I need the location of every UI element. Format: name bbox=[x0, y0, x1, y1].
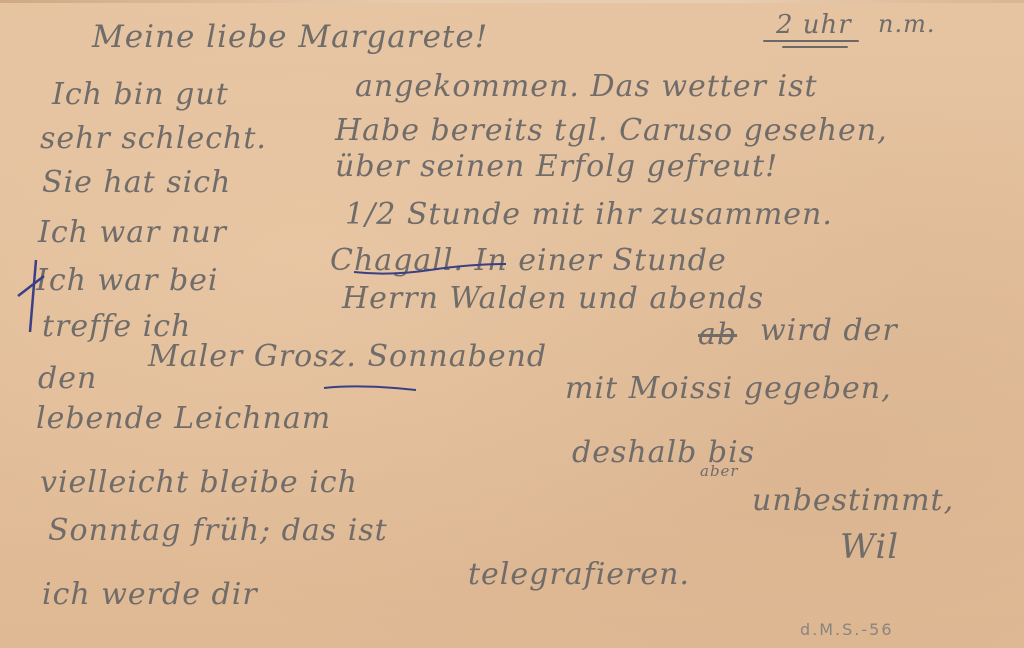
archive-mark: d.M.S.-56 bbox=[800, 620, 894, 639]
line-2-right: Habe bereits tgl. Caruso gesehen, bbox=[335, 116, 888, 146]
time-suffix: n.m. bbox=[878, 12, 935, 36]
line-5-left: Ich war bei bbox=[36, 266, 219, 296]
signature: Wil bbox=[840, 530, 899, 564]
line-9-left: vielleicht bleibe ich bbox=[40, 468, 358, 498]
line-1-right: angekommen. Das wetter ist bbox=[355, 72, 818, 102]
struck-word: ab bbox=[698, 320, 737, 350]
line-8-left: lebende Leichnam bbox=[36, 404, 331, 434]
line-3-right: über seinen Erfolg gefreut! bbox=[335, 152, 778, 182]
line-4-right: 1/2 Stunde mit ihr zusammen. bbox=[345, 200, 833, 230]
time-note: 2 uhr bbox=[776, 12, 852, 38]
line-1-left: Ich bin gut bbox=[52, 80, 229, 110]
grosz-underline-mark bbox=[320, 380, 420, 396]
line-6-left: treffe ich bbox=[42, 312, 191, 342]
inserted-word: aber bbox=[700, 464, 739, 479]
line-7-tail: wird der bbox=[760, 316, 898, 346]
postcard: 2 uhr n.m. Meine liebe Margarete! Ich bi… bbox=[0, 0, 1024, 648]
time-underline-2 bbox=[782, 46, 848, 48]
line-11-right: telegrafieren. bbox=[468, 560, 690, 590]
salutation: Meine liebe Margarete! bbox=[92, 22, 488, 53]
line-7-left: den bbox=[38, 364, 97, 394]
card-top-edge bbox=[0, 0, 1024, 3]
line-2-left: sehr schlecht. bbox=[40, 124, 267, 154]
line-7-right: Maler Grosz. Sonnabend bbox=[148, 342, 547, 372]
line-3-left: Sie hat sich bbox=[42, 168, 231, 198]
line-10-left: Sonntag früh; das ist bbox=[48, 516, 388, 546]
line-4-left: Ich war nur bbox=[38, 218, 227, 248]
time-underline-1 bbox=[763, 40, 859, 42]
line-6-right: Herrn Walden und abends bbox=[342, 284, 764, 314]
chagall-underline-mark bbox=[350, 260, 510, 280]
line-11-left: ich werde dir bbox=[42, 580, 258, 610]
line-8-right: mit Moissi gegeben, bbox=[565, 374, 892, 404]
line-10-right: unbestimmt, bbox=[752, 486, 954, 516]
